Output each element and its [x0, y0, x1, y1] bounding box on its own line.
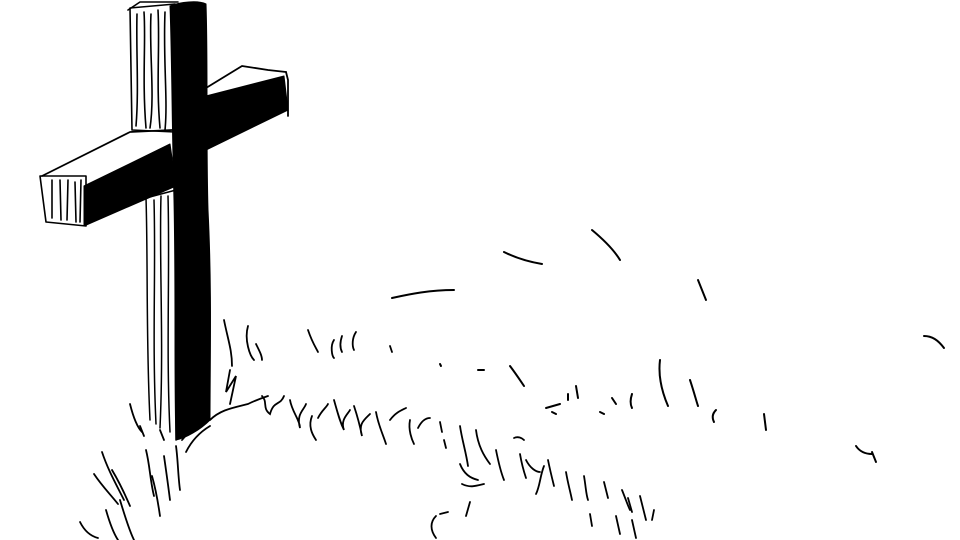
cross-on-hill-sketch: [0, 0, 960, 540]
